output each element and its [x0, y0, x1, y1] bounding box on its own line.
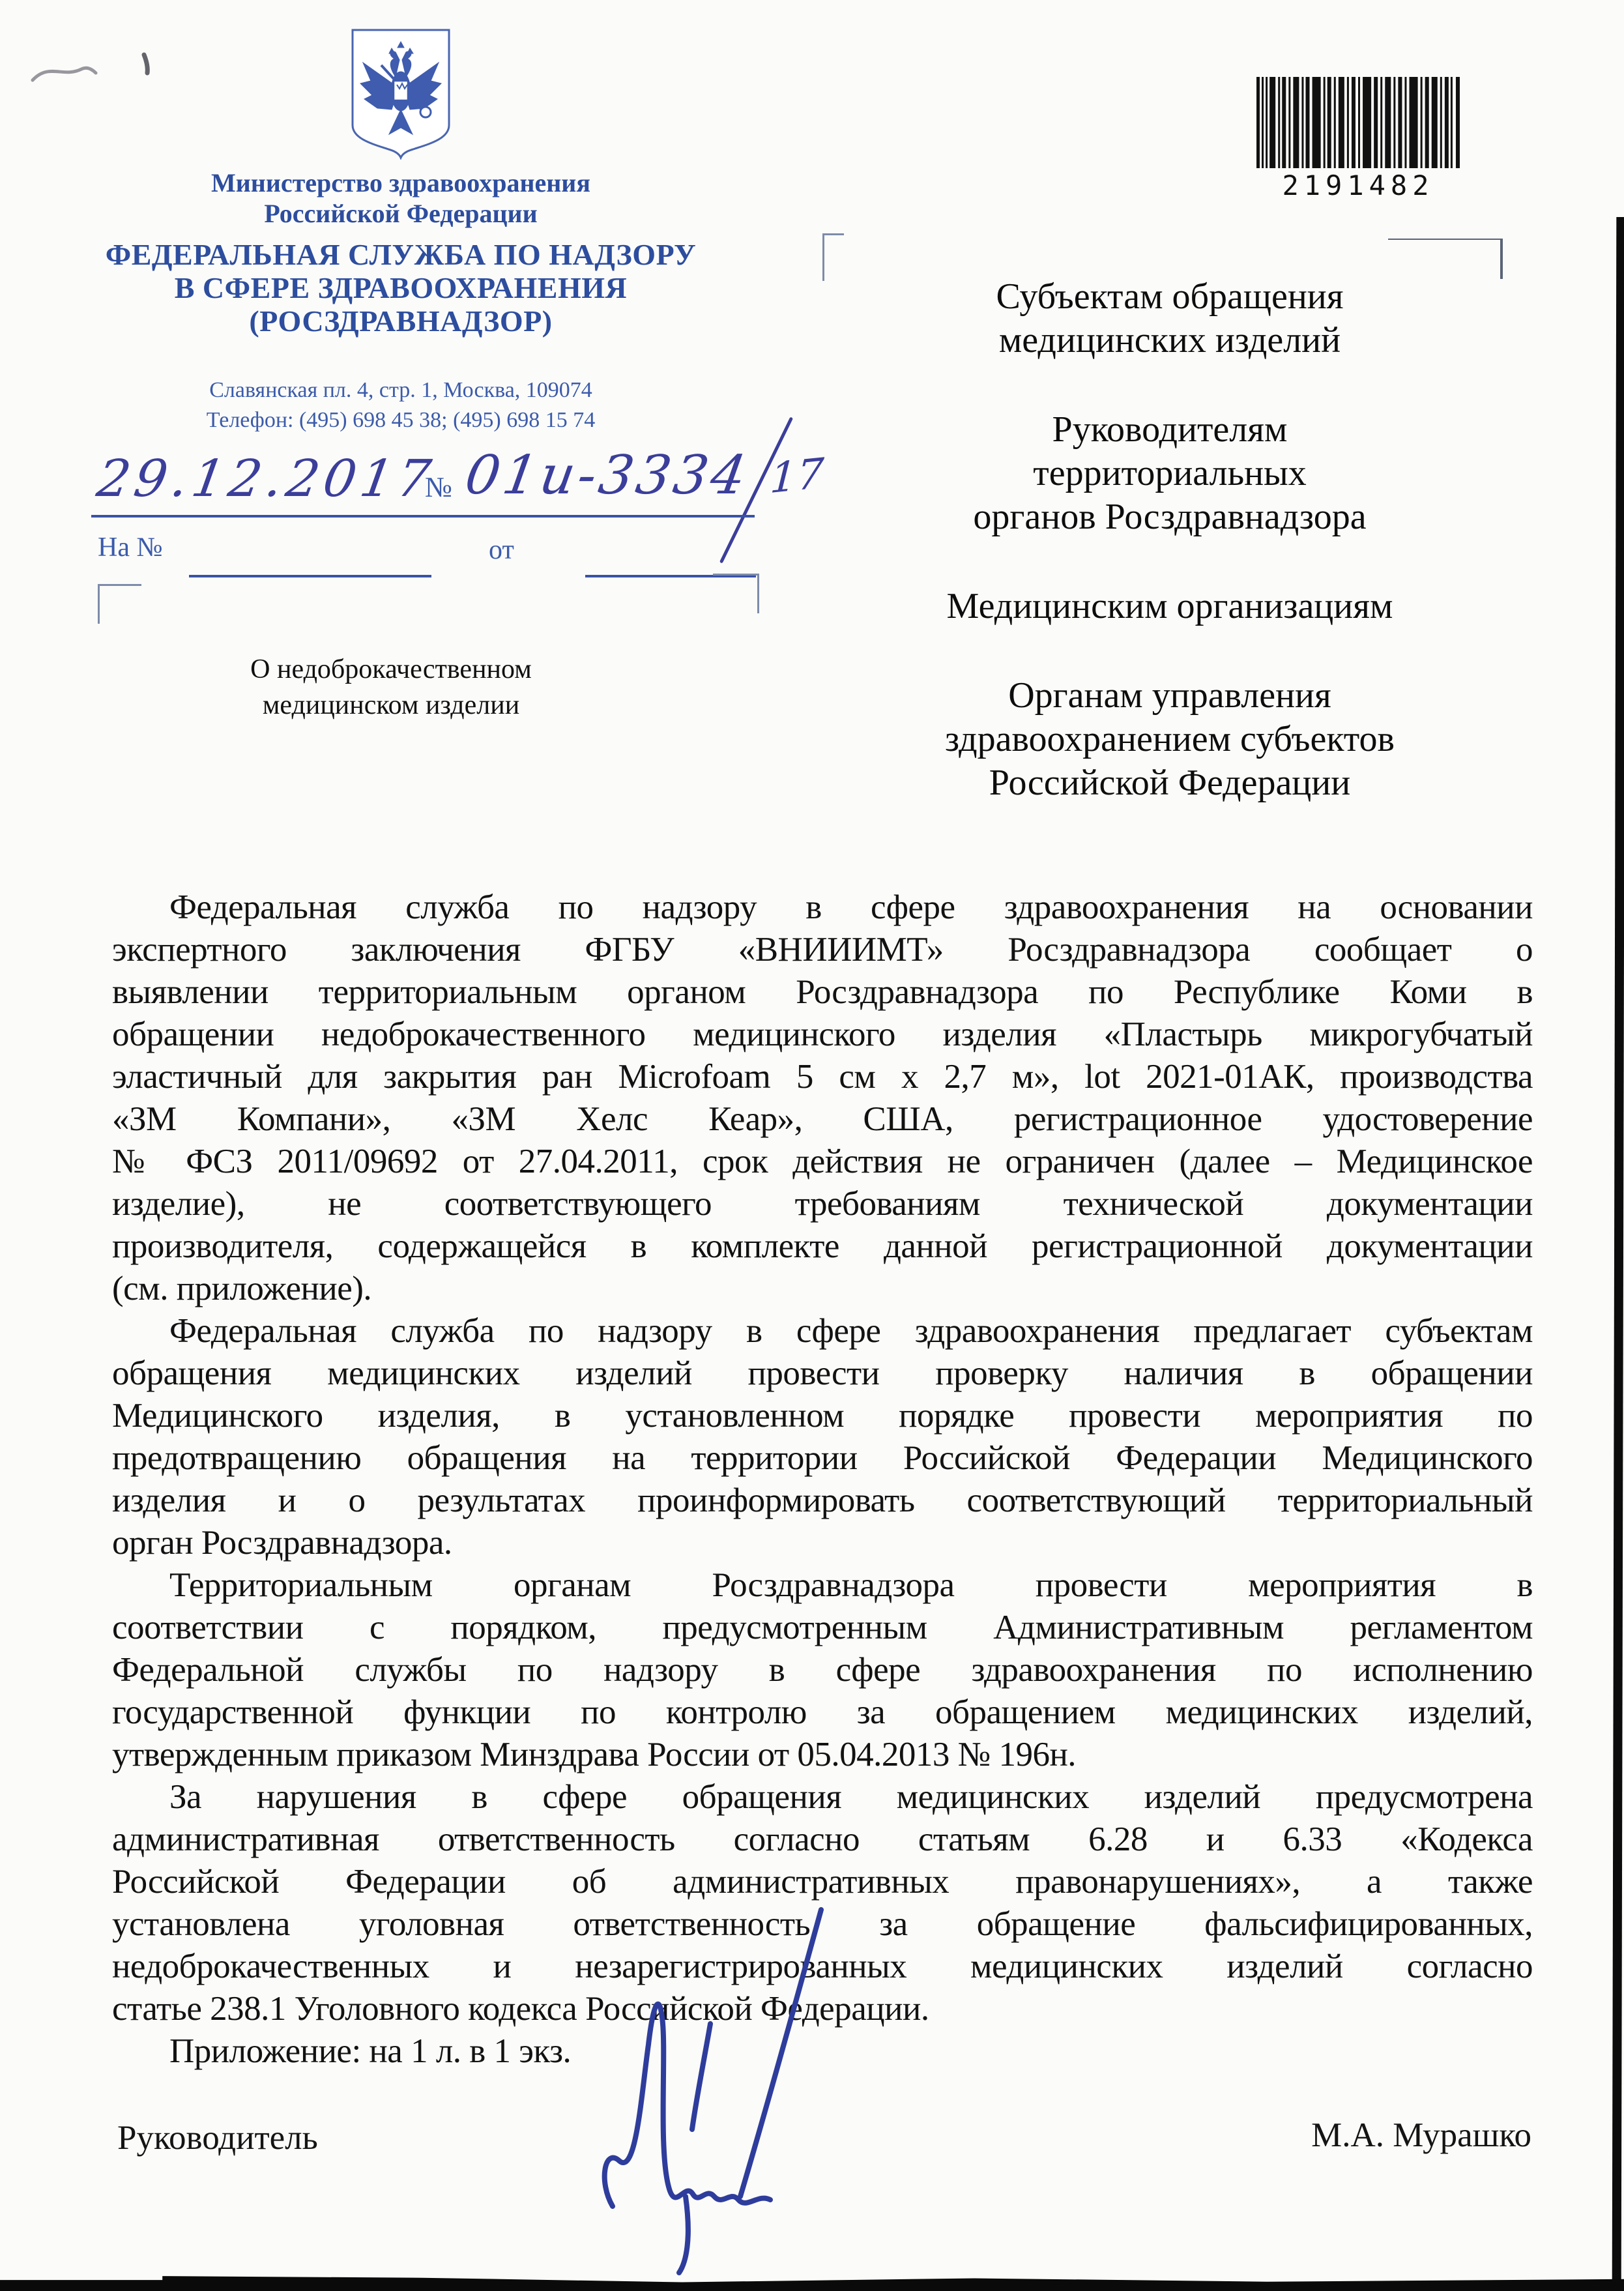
subject-line1: О недоброкачественном: [209, 652, 573, 688]
text-line: административная ответственность согласн…: [112, 1818, 1533, 1861]
text-line: выявлении территориальным органом Росздр…: [112, 971, 1533, 1014]
ref-na-label: На №: [98, 532, 163, 563]
text-line: обращении недоброкачественного медицинск…: [112, 1014, 1533, 1056]
ref-ot-label: от: [489, 534, 514, 566]
text-line: государственной функции по контролю за о…: [112, 1691, 1533, 1734]
service-name-line3: (РОСЗДРАВНАДЗОР): [91, 304, 710, 338]
number-sign-label: №: [425, 471, 452, 504]
handwritten-number-suffix: 17: [769, 450, 825, 503]
text-line: предотвращению обращения на территории Р…: [112, 1437, 1533, 1480]
letter-body: Федеральная служба по надзору в сфере зд…: [112, 886, 1533, 2073]
barcode-icon: [1256, 77, 1460, 168]
text-line: Субъектам обращения: [834, 275, 1505, 319]
text-line: территориальных: [834, 452, 1505, 495]
text-line: Медицинского изделия, в установленном по…: [112, 1395, 1533, 1437]
signer-position-label: Руководитель: [117, 2118, 318, 2157]
text-line: Российской Федерации об административных…: [112, 1861, 1533, 1903]
text-line: обращения медицинских изделий провести п…: [112, 1352, 1533, 1395]
scan-edge-strip: [1612, 217, 1624, 2291]
scanned-letter-page: { "letterhead": { "emblem": "russia-coat…: [0, 0, 1624, 2291]
text-line: производителя, содержащейся в комплекте …: [112, 1225, 1533, 1268]
russia-coat-of-arms-icon: [349, 26, 453, 160]
number-underline: [450, 515, 755, 518]
text-line: орган Росздравнадзора.: [112, 1522, 1533, 1564]
recipient-3: Медицинским организациям: [834, 585, 1505, 628]
text-line: Российской Федерации: [834, 761, 1505, 805]
paragraph-1: Федеральная служба по надзору в сфере зд…: [112, 886, 1533, 1310]
paragraph-2: Федеральная служба по надзору в сфере зд…: [112, 1310, 1533, 1564]
service-name-line2: В СФЕРЕ ЗДРАВООХРАНЕНИЯ: [91, 271, 710, 304]
text-line: За нарушения в сфере обращения медицинск…: [112, 1776, 1533, 1818]
ministry-name-line1: Министерство здравоохранения: [91, 168, 710, 198]
service-name-line1: ФЕДЕРАЛЬНАЯ СЛУЖБА ПО НАДЗОРУ: [91, 238, 710, 271]
text-line: медицинских изделий: [834, 319, 1505, 362]
recipient-4: Органам управленияздравоохранением субъе…: [834, 674, 1505, 805]
text-line: Медицинским организациям: [834, 585, 1505, 628]
text-line: (см. приложение).: [112, 1268, 1533, 1310]
signer-name: М.А. Мурашко: [1206, 2116, 1531, 2155]
date-underline: [91, 515, 451, 518]
recipient-zone-corner-left: [822, 233, 844, 281]
handwritten-outgoing-number: 01и-3334: [461, 445, 753, 506]
letterhead-address: Славянская пл. 4, стр. 1, Москва, 109074: [91, 375, 710, 405]
recipients-column: Субъектам обращениямедицинских изделийРу…: [834, 275, 1505, 851]
ministry-name-line2: Российской Федерации: [91, 198, 710, 229]
paragraph-3: Территориальным органам Росздравнадзора …: [112, 1564, 1533, 1776]
subject-line2: медицинском изделии: [209, 688, 573, 723]
text-line: Федеральная служба по надзору в сфере зд…: [112, 1310, 1533, 1352]
text-line: «ЗМ Компани», «ЗМ Хелс Кеар», США, регис…: [112, 1098, 1533, 1141]
subject-zone-corner-right: [713, 574, 759, 613]
text-line: органов Росздравнадзора: [834, 495, 1505, 539]
recipient-1: Субъектам обращениямедицинских изделий: [834, 275, 1505, 362]
text-line: эластичный для закрытия ран Microfoam 5 …: [112, 1056, 1533, 1098]
text-line: здравоохранением субъектов: [834, 718, 1505, 761]
letterhead-phone: Телефон: (495) 698 45 38; (495) 698 15 7…: [91, 405, 710, 435]
letterhead: Министерство здравоохранения Российской …: [91, 26, 710, 435]
text-line: Федеральной службы по надзору в сфере зд…: [112, 1649, 1533, 1691]
subject-zone-corner-left: [98, 584, 141, 624]
text-line: Территориальным органам Росздравнадзора …: [112, 1564, 1533, 1607]
subject-block: О недоброкачественном медицинском издели…: [209, 652, 573, 723]
text-line: Федеральная служба по надзору в сфере зд…: [112, 886, 1533, 929]
text-line: изделие), не соответствующего требования…: [112, 1183, 1533, 1225]
text-line: Руководителям: [834, 408, 1505, 452]
text-line: экспертного заключения ФГБУ «ВНИИИМТ» Ро…: [112, 929, 1533, 971]
text-line: Органам управления: [834, 674, 1505, 718]
text-line: утвержденным приказом Минздрава России о…: [112, 1734, 1533, 1776]
ref-number-underline: [189, 575, 431, 577]
recipient-zone-corner-right: [1388, 239, 1503, 279]
recipient-2: Руководителямтерриториальныхорганов Росз…: [834, 408, 1505, 539]
barcode-digits: 2191482: [1256, 169, 1460, 201]
text-line: № ФСЗ 2011/09692 от 27.04.2011, срок дей…: [112, 1141, 1533, 1183]
handwritten-date: 29.12.2017: [93, 450, 439, 508]
text-line: изделия и о результатах проинформировать…: [112, 1480, 1533, 1522]
text-line: соответствии с порядком, предусмотренным…: [112, 1607, 1533, 1649]
barcode-block: 2191482: [1256, 77, 1460, 201]
handwritten-signature: [515, 1900, 867, 2281]
